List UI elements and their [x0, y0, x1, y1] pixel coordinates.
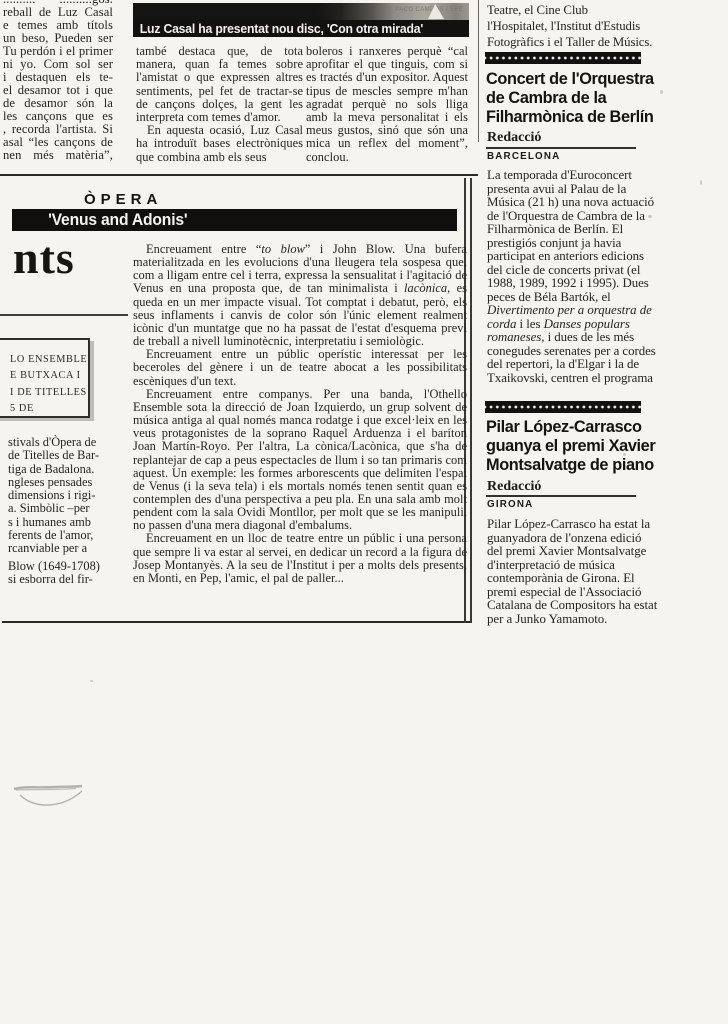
text-line: s i humanes amb	[8, 516, 132, 529]
caption-text: Luz Casal ha presentat nou disc, 'Con ot…	[133, 22, 423, 36]
opera-title-bar: 'Venus and Adonis'	[12, 209, 457, 231]
paragraph: Encreuament entre un públic operístic in…	[133, 348, 467, 387]
paragraph: Encreuament entre “to blow” i John Blow.…	[133, 243, 467, 348]
pen-mark	[6, 776, 98, 822]
text-line: si esborra del fir-	[5, 573, 131, 586]
credit-box-line: 5 DE	[10, 401, 88, 417]
article1-byline: Redacció	[487, 130, 541, 146]
scan-speck	[660, 90, 663, 94]
article1-body: La temporada d'Euroconcert presenta avui…	[487, 169, 659, 401]
text-line: de Titelles de Bar-	[8, 449, 132, 462]
text-line: l'Hospitalet, l'Institut d'Estudis	[487, 18, 665, 34]
opera-kicker: ÒPERA	[84, 191, 244, 208]
opera-left-column-2: Blow (1649-1708)si esborra del fir-	[5, 560, 131, 587]
text-line: stivals d'Òpera de	[8, 436, 132, 449]
headline-line: Pilar López-Carrasco	[486, 417, 655, 436]
text-line: ngleses pensades	[8, 476, 132, 489]
byline-rule	[486, 147, 636, 149]
text-line: nen més matèria”,	[3, 149, 113, 162]
credit-box-line: E BUTXACA I	[10, 368, 88, 384]
text-line: a. Simbòlic –per	[8, 502, 132, 515]
newspaper-scan: .......... ..........gos.reball de Luz C…	[0, 0, 728, 1024]
caption-bar: Luz Casal ha presentat nou disc, 'Con ot…	[133, 20, 469, 37]
scan-speck	[90, 680, 93, 682]
text-line: dimensions i rigi-	[8, 489, 132, 502]
credit-box-line: LO ENSEMBLE	[10, 352, 88, 368]
photo-credit: PACO CAMPOS / EFE	[395, 7, 463, 13]
text-line: Blow (1649-1708)	[5, 560, 131, 573]
scan-speck	[648, 215, 652, 218]
text-line: Fotogràfics i el Taller de Músics.	[487, 34, 665, 50]
article2-headline: Pilar López-Carrascoguanya el premi Xavi…	[486, 417, 662, 474]
article1-dateline: BARCELONA	[487, 151, 560, 162]
luz-column-3: boleros i ranxeres perquè “cal aprofitar…	[306, 45, 468, 169]
article2-body: Pilar López-Carrasco ha estat la guanyad…	[487, 518, 659, 646]
credit-box-line: I DE TITELLES	[10, 385, 88, 401]
text-line: ferents de l'amor,	[8, 529, 132, 542]
paragraph: també destaca que, de tota manera, quan …	[136, 45, 303, 124]
article2-byline: Redacció	[487, 479, 541, 495]
luz-column-2: també destaca que, de tota manera, quan …	[136, 45, 303, 169]
credit-box: LO ENSEMBLEE BUTXACA II DE TITELLES5 DE	[0, 338, 90, 418]
opera-left-column: stivals d'Òpera dede Titelles de Bar-tig…	[8, 436, 132, 556]
section-border-right	[470, 178, 472, 623]
scan-speck	[623, 453, 626, 456]
article2-dateline: GIRONA	[487, 499, 533, 510]
headline-line: guanya el premi Xavier	[486, 436, 655, 455]
text-line: tiga de Badalona.	[8, 463, 132, 476]
luz-left-column: .......... ..........gos.reball de Luz C…	[3, 0, 113, 162]
paragraph: En aquesta ocasió, Luz Casal ha introduï…	[136, 124, 303, 164]
section-rule-top	[0, 174, 478, 176]
opera-headline-fragment: nts	[13, 231, 75, 284]
opera-body: Encreuament entre “to blow” i John Blow.…	[133, 243, 467, 618]
section-rule-bottom	[2, 621, 472, 623]
text-line: rcanviable per a	[8, 542, 132, 555]
dotted-separator	[485, 52, 641, 64]
right-top-block: Teatre, el Cine Clubl'Hospitalet, l'Inst…	[487, 2, 665, 51]
fitxa-rule	[0, 314, 128, 316]
paragraph: Encreuament entre companys. Per una band…	[133, 388, 467, 533]
photo-strip: PACO CAMPOS / EFE	[133, 3, 469, 20]
byline-rule	[486, 495, 636, 497]
column-divider	[478, 0, 479, 142]
paragraph: Encreuament en un lloc de teatre entre u…	[133, 532, 467, 585]
headline-line: de Cambra de la	[486, 88, 654, 107]
article1-headline: Concert de l'Orquestrade Cambra de laFil…	[486, 69, 661, 126]
scan-speck	[700, 180, 702, 185]
text-line: Teatre, el Cine Club	[487, 2, 665, 18]
dotted-separator	[485, 401, 641, 413]
headline-line: Montsalvatge de piano	[486, 455, 655, 474]
headline-line: Filharmònica de Berlín	[486, 107, 654, 126]
paragraph: boleros i ranxeres perquè “cal aprofitar…	[306, 45, 468, 164]
headline-line: Concert de l'Orquestra	[486, 69, 654, 88]
opera-title: 'Venus and Adonis'	[12, 211, 187, 230]
